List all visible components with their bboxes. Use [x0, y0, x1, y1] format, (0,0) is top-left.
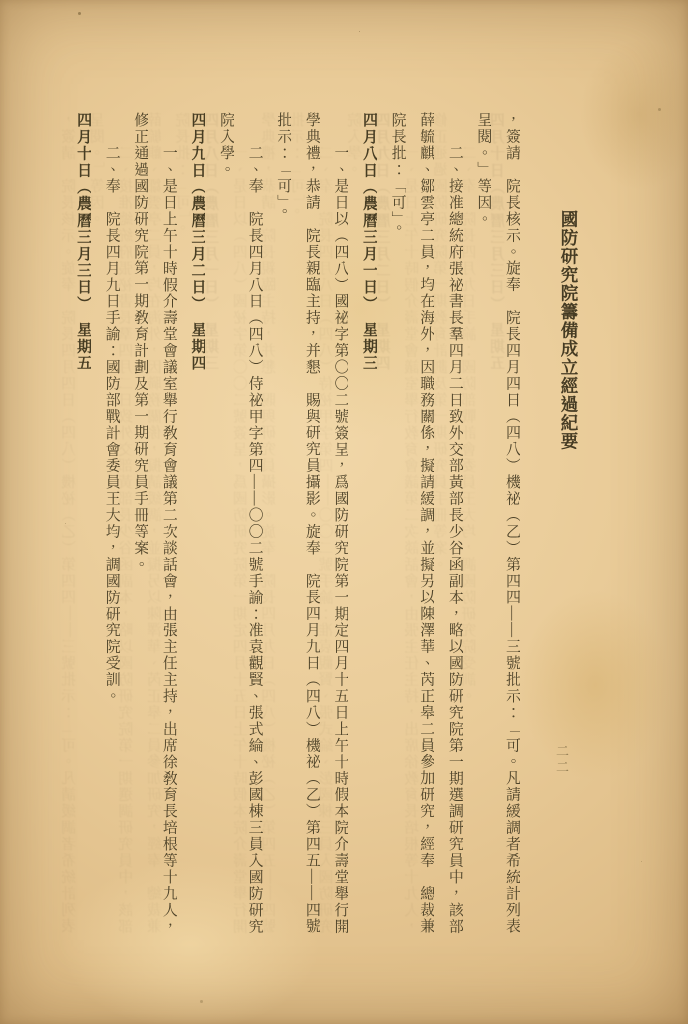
text-column: 學典禮，恭請 院長親臨主持，并懇 賜與研究員攝影。旋奉 院長四月九日（四八）機祕… [303, 112, 320, 938]
page-number: 二二 [552, 744, 571, 804]
text-column: 二、接准總統府張祕書長羣四月二日致外交部黃部長少谷函副本，略以國防研究院第一期選… [446, 112, 463, 938]
scanned-page: ，簽請 院長核示。旋奉 院長四月四日（四八）機祕（乙）第四四——三號批示：「可。… [0, 0, 688, 1024]
text-column: 二、奉 院長四月九日手諭：國防部戰計會委員王大均，調國防研究院受訓。 [103, 112, 120, 938]
text-column: 二、奉 院長四月八日（四八）侍祕甲字第四——〇〇二號手諭：准袁觀賢、張式綸、彭國… [246, 112, 263, 938]
text-column: 院入學。 [217, 112, 234, 938]
vertical-text-block: ，簽請 院長核示。旋奉 院長四月四日（四八）機祕（乙）第四四——三號批示：「可。… [62, 112, 520, 942]
text-column: 薛毓麒、鄒雲亭二員，均在海外，因職務關係，擬請緩調，並擬另以陳澤華、芮正皋二員參… [417, 112, 434, 938]
text-column: 修正通過國防研究院第一期敎育計劃及第一期研究員手冊等案。 [131, 112, 148, 938]
date-header-column: 四月八日（農曆三月一日） 星期三 [360, 112, 377, 938]
text-column: 一、是日上午十時假介壽堂會議室舉行敎育會議第二次談話會，由張主任主持，出席徐敎育… [160, 112, 177, 938]
section-title: 國防研究院籌備成立經過紀要 [556, 210, 582, 470]
text-column: 院長批：「可」。 [389, 112, 406, 938]
paper-speck [78, 12, 81, 15]
paper-stain [520, 590, 670, 780]
date-header-column: 四月十日（農曆三月三日） 星期五 [74, 112, 91, 938]
text-column: 一、是日以（四八）國祕字第〇〇二號簽呈，爲國防研究院第一期定四月十五日上午十時假… [331, 112, 348, 938]
text-column: 呈閱。」等因。 [474, 112, 491, 938]
paper-stain [580, 40, 688, 190]
date-header-column: 四月九日（農曆三月二日） 星期四 [188, 112, 205, 938]
text-column: ，簽請 院長核示。旋奉 院長四月四日（四八）機祕（乙）第四四——三號批示：「可。… [503, 112, 520, 938]
text-column: 批示：「可」。 [274, 112, 291, 938]
